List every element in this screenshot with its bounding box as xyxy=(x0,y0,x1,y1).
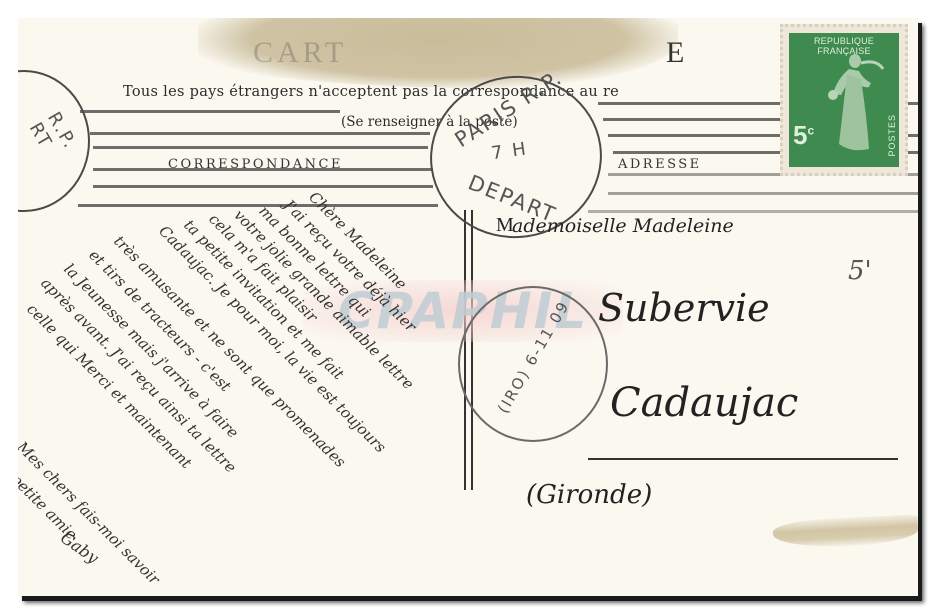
correspondance-label: CORRESPONDANCE xyxy=(168,157,343,172)
margin-note: 5' xyxy=(848,256,872,286)
address-line-4: (Gironde) xyxy=(526,480,652,510)
stamp-postes: POSTES xyxy=(887,114,897,157)
postcard-title-end: E xyxy=(666,36,684,70)
cancel-line xyxy=(93,146,428,149)
address-underline xyxy=(588,458,898,460)
postcard-title: CART xyxy=(253,36,347,70)
paper-stain-bottom xyxy=(772,514,918,550)
letter-signature: Gaby xyxy=(57,528,102,567)
postmark-arrival: (IRO) 6-11 09 xyxy=(458,286,608,442)
sower-figure-icon xyxy=(817,49,887,159)
address-line-2: Subervie xyxy=(598,286,770,330)
postage-stamp: REPUBLIQUE FRANÇAISE 5c POSTES xyxy=(780,24,908,176)
address-line-3: Cadaujac xyxy=(610,380,798,426)
handwritten-letter: Chère Madeleine J'ai reçu votre déjà hie… xyxy=(28,188,468,588)
cancel-line xyxy=(603,118,783,121)
cancel-line xyxy=(90,132,430,135)
postmark-main-center: 7 H xyxy=(490,138,529,164)
postcard-back: CART E Tous les pays étrangers n'accepte… xyxy=(18,18,918,596)
cancel-line xyxy=(608,192,918,195)
cancel-line xyxy=(588,210,918,213)
adresse-label: ADRESSE xyxy=(618,157,702,172)
address-line-1: ademoiselle Madeleine xyxy=(512,215,734,237)
stamp-value: 5c xyxy=(793,120,814,151)
cancel-line xyxy=(80,110,340,113)
